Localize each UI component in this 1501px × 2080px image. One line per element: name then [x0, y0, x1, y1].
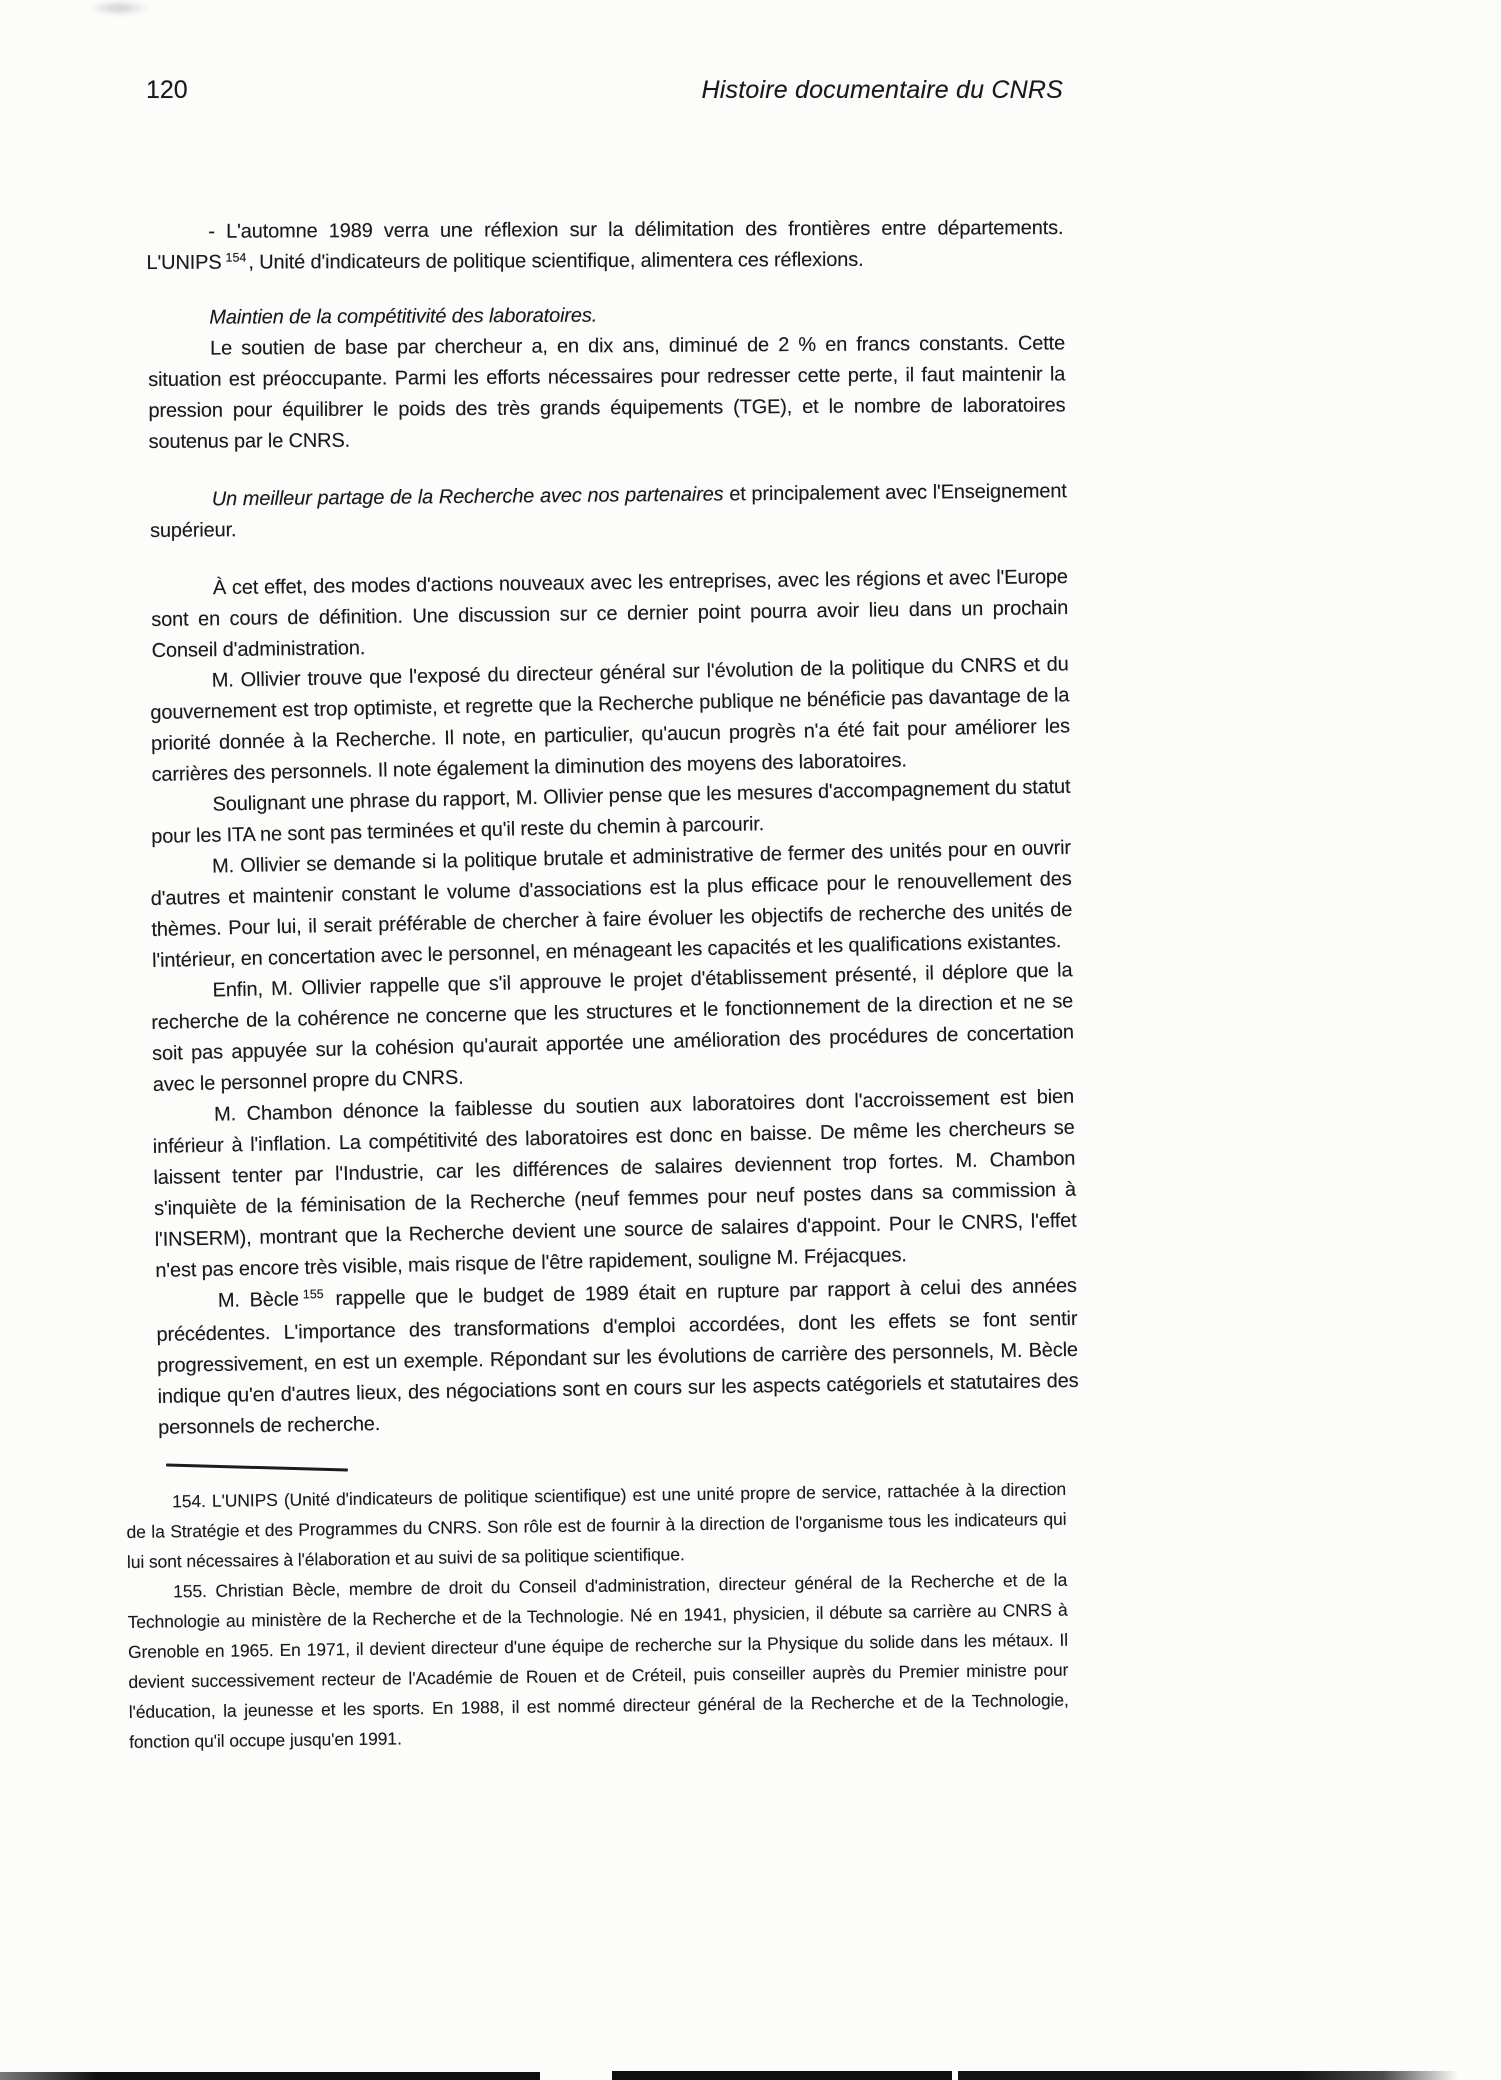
text-segment: Maintien de la compétitivité des laborat…: [209, 305, 597, 329]
footnote-reference: 155: [303, 1287, 324, 1301]
text-segment: 154. L'UNIPS (Unité d'indicateurs de pol…: [126, 1479, 1066, 1572]
running-title: Histoire documentaire du CNRS: [701, 76, 1063, 105]
footnote-154: 154. L'UNIPS (Unité d'indicateurs de pol…: [126, 1474, 1067, 1577]
text-segment: 155. Christian Bècle, membre de droit du…: [127, 1570, 1068, 1752]
text-segment: M. Ollivier trouve que l'exposé du direc…: [150, 653, 1070, 786]
text-segment: À cet effet, des modes d'actions nouveau…: [151, 566, 1068, 662]
scan-edge-artifact: [958, 2071, 1458, 2080]
scan-edge-artifact: [612, 2071, 952, 2080]
body-text: - L'automne 1989 verra une réflexion sur…: [146, 205, 1079, 1444]
footnote-155: 155. Christian Bècle, membre de droit du…: [127, 1565, 1069, 1757]
text-segment: Le soutien de base par chercheur a, en d…: [148, 332, 1065, 453]
paragraph-chambon: M. Chambon dénonce la faiblesse du souti…: [152, 1082, 1078, 1287]
paragraph-automne-1989: - L'automne 1989 verra une réflexion sur…: [146, 213, 1063, 281]
footnote-separator: [166, 1463, 348, 1471]
text-segment: M. Chambon dénonce la faiblesse du souti…: [153, 1086, 1077, 1282]
text-segment: Un meilleur partage de la Recherche avec…: [212, 483, 724, 510]
text-segment: M. Ollivier se demande si la politique b…: [151, 837, 1073, 972]
footnotes: 154. L'UNIPS (Unité d'indicateurs de pol…: [126, 1476, 1069, 1757]
text-segment: Enfin, M. Ollivier rappelle que s'il app…: [151, 959, 1074, 1096]
page-number: 120: [146, 76, 188, 105]
paragraph-ollivier-enfin: Enfin, M. Ollivier rappelle que s'il app…: [150, 955, 1075, 1101]
paragraph-ollivier-politique-unites: M. Ollivier se demande si la politique b…: [150, 833, 1073, 977]
scanned-book-page: 120 Histoire documentaire du CNRS - L'au…: [0, 0, 1501, 2080]
paragraph-soutien-de-base: Le soutien de base par chercheur a, en d…: [148, 328, 1066, 458]
paragraph-meilleur-partage: Un meilleur partage de la Recherche avec…: [150, 476, 1068, 547]
scan-edge-artifact: [0, 2072, 540, 2080]
footnote-reference: 154: [225, 251, 246, 265]
page-content: 120 Histoire documentaire du CNRS - L'au…: [146, 76, 1063, 1757]
paragraph-ollivier-expose: M. Ollivier trouve que l'exposé du direc…: [150, 649, 1071, 791]
scan-smudge-artifact: [88, 0, 150, 16]
page-header: 120 Histoire documentaire du CNRS: [146, 76, 1063, 105]
text-segment: M. Bècle: [218, 1288, 299, 1311]
paragraph-becle: M. Bècle155 rappelle que le budget de 19…: [156, 1271, 1080, 1444]
text-segment: , Unité d'indicateurs de politique scien…: [248, 249, 863, 274]
